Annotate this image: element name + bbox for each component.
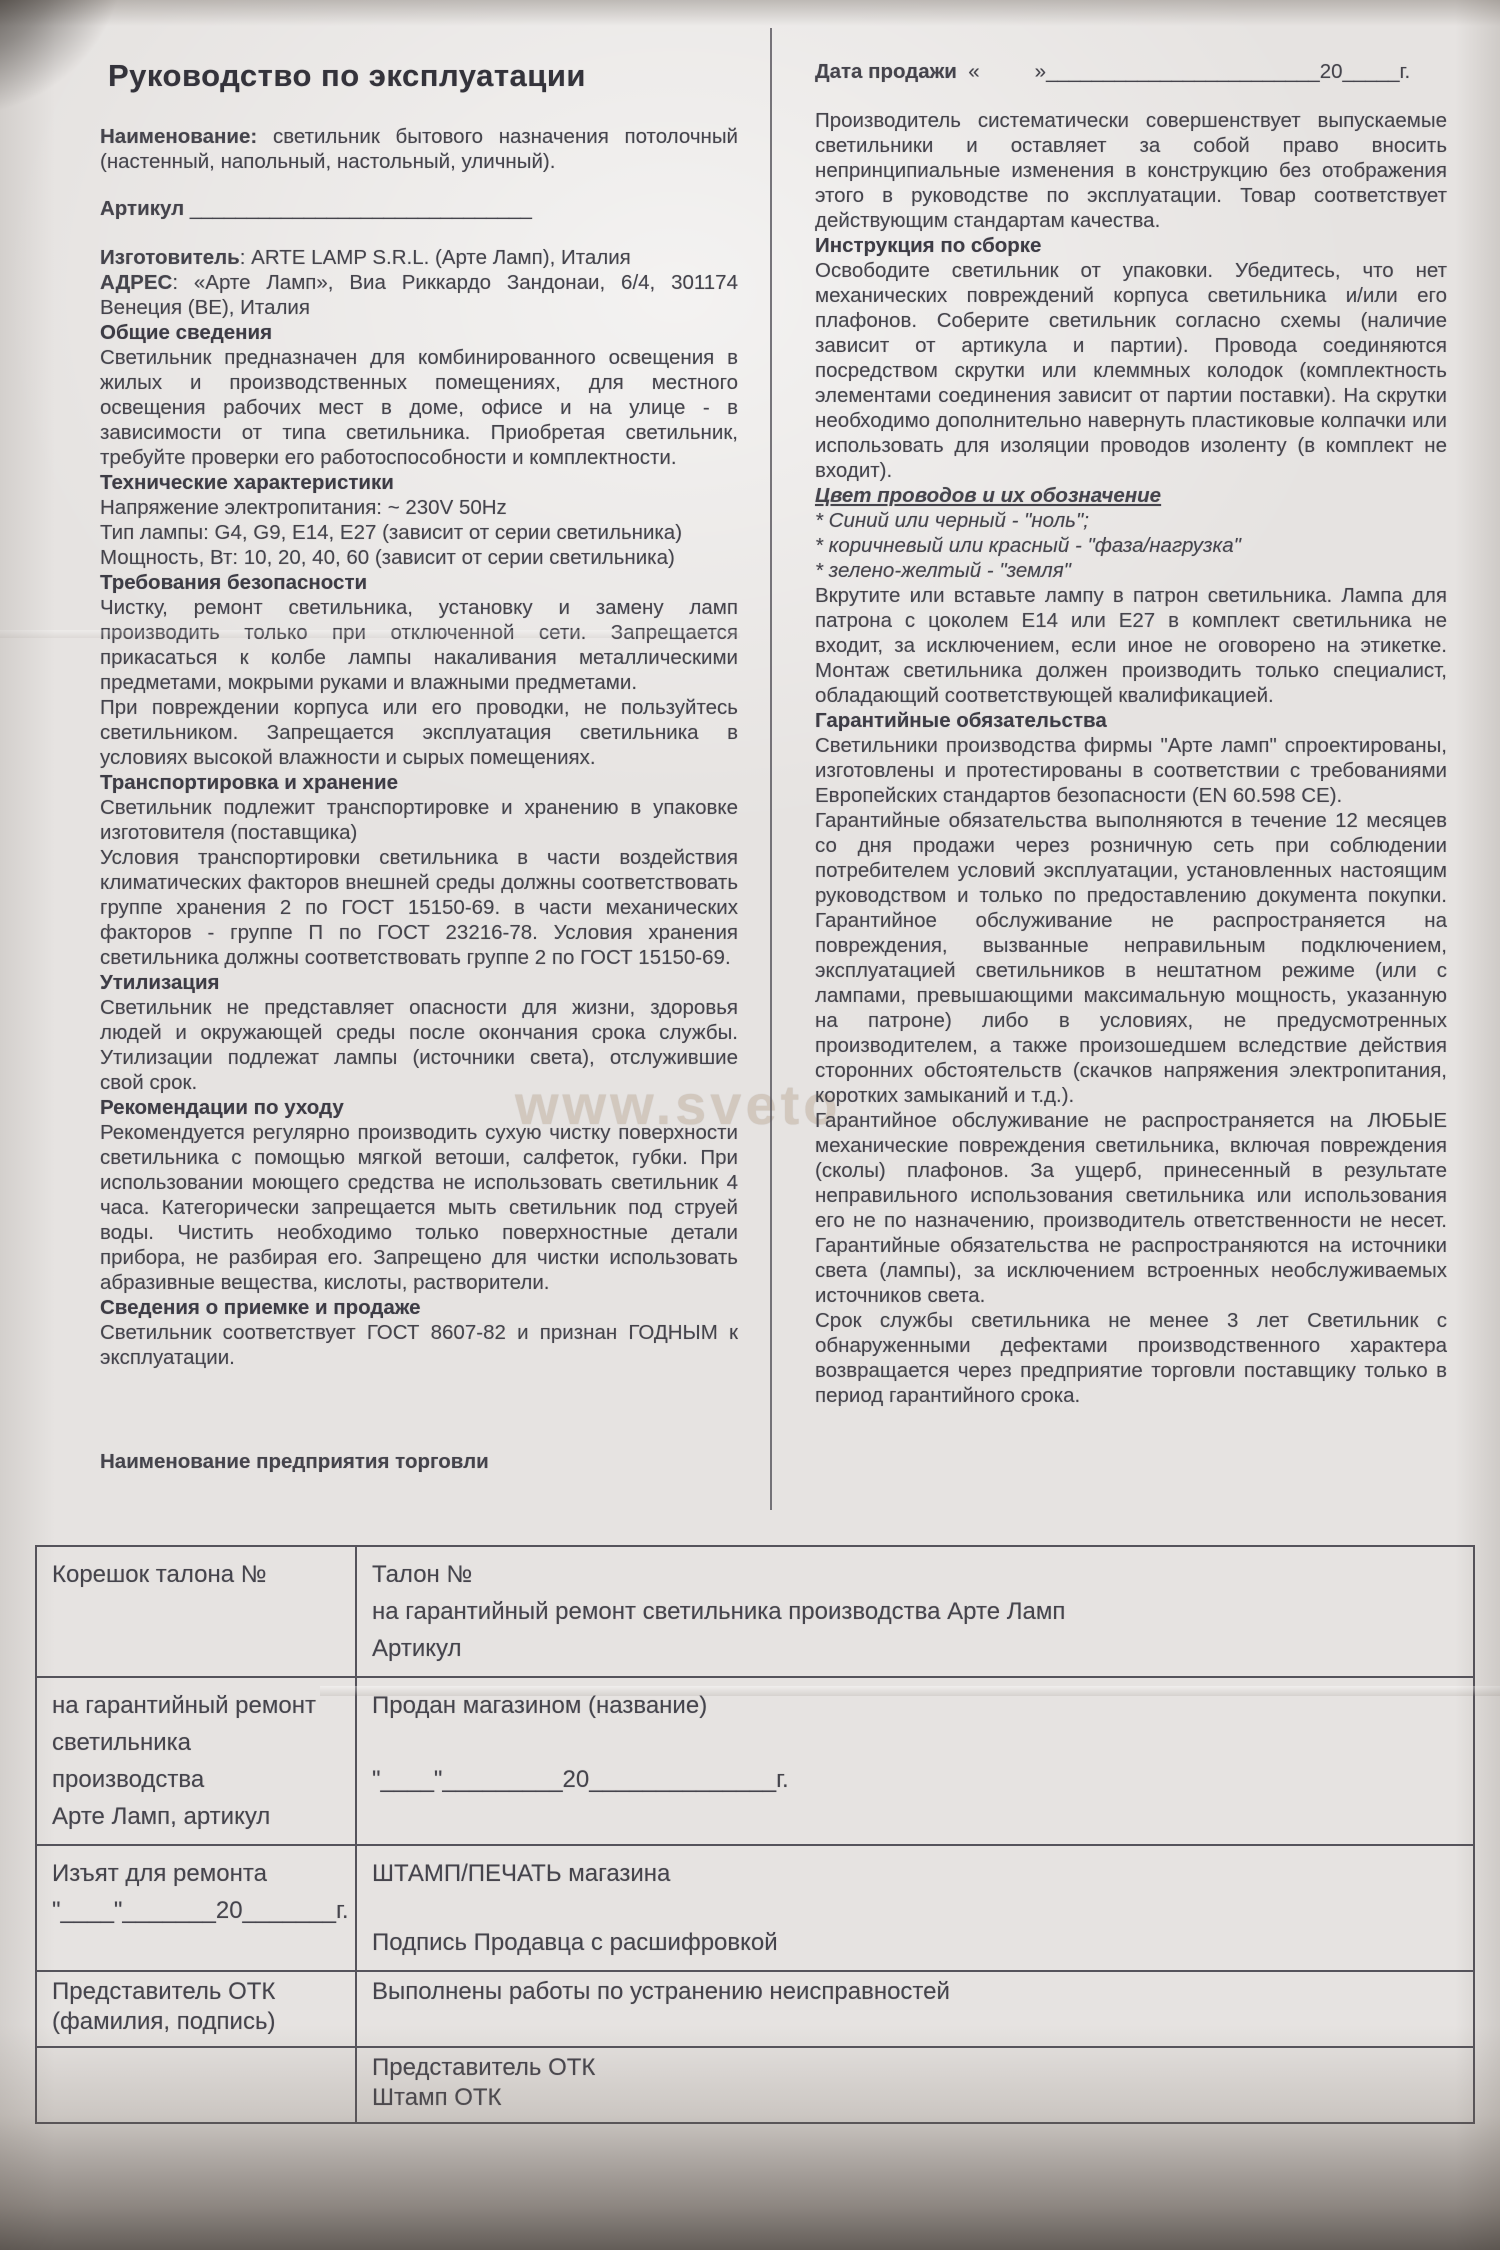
page-title: Руководство по эксплуатации — [108, 56, 738, 96]
article-line: Артикул ______________________________ — [100, 196, 738, 221]
address-line: АДРЕС: «Арте Ламп», Виа Риккардо Зандона… — [100, 270, 738, 320]
paragraph: Производитель систематически совершенств… — [815, 108, 1447, 233]
sale-date-line: Дата продажи «»________________________2… — [815, 58, 1447, 86]
paragraph: Срок службы светильника не менее 3 лет С… — [815, 1308, 1447, 1408]
table-cell-line: Представитель ОТК — [372, 2053, 1458, 2083]
table-cell-line: на гарантийный ремонт — [52, 1687, 340, 1724]
open-quote: « — [968, 60, 979, 83]
paragraph: Тип лампы: G4, G9, Е14, Е27 (зависит от … — [100, 520, 738, 545]
wire-colors-heading: Цвет проводов и их обозначение — [815, 483, 1447, 508]
shop-stamp-cell: ШТАМП/ПЕЧАТЬ магазина Подпись Продавца с… — [357, 1846, 1473, 1970]
wire-color-item: * коричневый или красный - "фаза/нагрузк… — [815, 533, 1447, 558]
column-divider — [770, 28, 772, 1510]
section-heading: Общие сведения — [100, 320, 738, 345]
warranty-coupon-table: Корешок талона № Талон № на гарантийный … — [35, 1545, 1475, 2124]
table-cell-line: Подпись Продавца с расшифровкой — [372, 1924, 1458, 1961]
empty-cell — [37, 2048, 357, 2122]
paragraph: Чистку, ремонт светильника, установку и … — [100, 595, 738, 695]
table-cell-line: (фамилия, подпись) — [52, 2007, 340, 2037]
section-heading: Инструкция по сборке — [815, 233, 1447, 258]
table-row: Изъят для ремонта "____"_______20_______… — [37, 1844, 1473, 1970]
table-row: Представитель ОТК Штамп ОТК — [37, 2046, 1473, 2122]
table-cell-line: Талон № — [372, 1556, 1458, 1593]
name-paragraph: Наименование: светильник бытового назнач… — [100, 124, 738, 174]
paragraph: Светильник предназначен для комбинирован… — [100, 345, 738, 470]
paragraph: Вкрутите или вставьте лампу в патрон све… — [815, 583, 1447, 708]
paragraph: Светильники производства фирмы "Арте лам… — [815, 733, 1447, 808]
paragraph: Мощность, Вт: 10, 20, 40, 60 (зависит от… — [100, 545, 738, 570]
table-cell-line — [52, 2053, 340, 2083]
wire-color-item: * Синий или черный - "ноль"; — [815, 508, 1447, 533]
section-heading: Утилизация — [100, 970, 738, 995]
close-quote: » — [1035, 60, 1046, 83]
section-heading: Транспортировка и хранение — [100, 770, 738, 795]
manual-photo-page: www.sveto Руководство по эксплуатации На… — [0, 0, 1500, 2250]
manufacturer-value: : ARTE LAMP S.R.L. (Арте Ламп), Италия — [240, 246, 631, 269]
paragraph: Освободите светильник от упаковки. Убеди… — [815, 258, 1447, 483]
sale-year-blank: _____ — [1343, 60, 1400, 83]
paragraph: Гарантийные обязательства выполняются в … — [815, 808, 1447, 1108]
paragraph: Светильник не представляет опасности для… — [100, 995, 738, 1095]
date-blank-line: "____"_______20_______г. — [52, 1892, 340, 1929]
sold-by-shop-cell: Продан магазином (название) "____"______… — [357, 1678, 1473, 1844]
paragraph: Рекомендуется регулярно производить суху… — [100, 1120, 738, 1295]
trade-org-label: Наименование предприятия торговли — [100, 1450, 489, 1474]
table-cell-line: на гарантийный ремонт светильника произв… — [372, 1593, 1458, 1630]
article-blank: ______________________________ — [190, 197, 532, 220]
work-done-cell: Выполнены работы по устранению неисправн… — [357, 1972, 1473, 2046]
section-heading: Сведения о приемке и продаже — [100, 1295, 738, 1320]
paragraph: Напряжение электропитания: ~ 230V 50Hz — [100, 495, 738, 520]
wire-color-item: * зелено-желтый - "земля" — [815, 558, 1447, 583]
left-column: Руководство по эксплуатации Наименование… — [100, 42, 738, 1542]
stub-repair-cell: на гарантийный ремонт светильника произв… — [37, 1678, 357, 1844]
manufacturer-label: Изготовитель — [100, 246, 240, 269]
right-column: Дата продажи «»________________________2… — [815, 58, 1447, 1408]
section-heading: Гарантийные обязательства — [815, 708, 1447, 733]
paragraph: Светильник соответствует ГОСТ 8607-82 и … — [100, 1320, 738, 1370]
section-heading: Рекомендации по уходу — [100, 1095, 738, 1120]
table-cell-line — [372, 1724, 1458, 1761]
table-cell-line: Изъят для ремонта — [52, 1855, 340, 1892]
coupon-header-cell: Талон № на гарантийный ремонт светильник… — [357, 1547, 1473, 1676]
table-cell-line: Представитель ОТК — [52, 1977, 340, 2007]
table-cell-line: Арте Ламп, артикул — [52, 1798, 340, 1835]
table-cell-line: Корешок талона № — [52, 1556, 340, 1593]
table-cell-line: светильника производства — [52, 1724, 340, 1798]
section-heading: Технические характеристики — [100, 470, 738, 495]
address-value: : «Арте Ламп», Виа Риккардо Зандонаи, 6/… — [100, 271, 738, 319]
table-row: Представитель ОТК (фамилия, подпись) Вып… — [37, 1970, 1473, 2046]
table-row: Корешок талона № Талон № на гарантийный … — [37, 1547, 1473, 1676]
removed-for-repair-cell: Изъят для ремонта "____"_______20_______… — [37, 1846, 357, 1970]
sale-date-label: Дата продажи — [815, 60, 957, 83]
table-cell-line: Штамп ОТК — [372, 2083, 1458, 2113]
manufacturer-line: Изготовитель: ARTE LAMP S.R.L. (Арте Лам… — [100, 245, 738, 270]
paragraph: При повреждении корпуса или его проводки… — [100, 695, 738, 770]
coupon-stub-header-cell: Корешок талона № — [37, 1547, 357, 1676]
article-label: Артикул — [100, 197, 184, 220]
table-cell-line: Артикул — [372, 1630, 1458, 1667]
address-label: АДРЕС — [100, 271, 172, 294]
otk-representative-cell: Представитель ОТК (фамилия, подпись) — [37, 1972, 357, 2046]
sale-month-blank: ________________________ — [1046, 60, 1320, 83]
section-heading: Требования безопасности — [100, 570, 738, 595]
table-cell-line: Выполнены работы по устранению неисправн… — [372, 1977, 1458, 2007]
table-row: на гарантийный ремонт светильника произв… — [37, 1676, 1473, 1844]
name-label: Наименование: — [100, 125, 257, 148]
paragraph: Гарантийное обслуживание не распространя… — [815, 1108, 1447, 1308]
date-blank-line: "____"_________20______________г. — [372, 1761, 1458, 1798]
sale-year-suffix: г. — [1400, 60, 1411, 83]
sale-year-prefix: 20 — [1320, 60, 1343, 83]
paragraph: Светильник подлежит транспортировке и хр… — [100, 795, 738, 845]
table-cell-line: ШТАМП/ПЕЧАТЬ магазина — [372, 1855, 1458, 1892]
otk-stamp-cell: Представитель ОТК Штамп ОТК — [357, 2048, 1473, 2122]
table-cell-line: Продан магазином (название) — [372, 1687, 1458, 1724]
paragraph: Условия транспортировки светильника в ча… — [100, 845, 738, 970]
